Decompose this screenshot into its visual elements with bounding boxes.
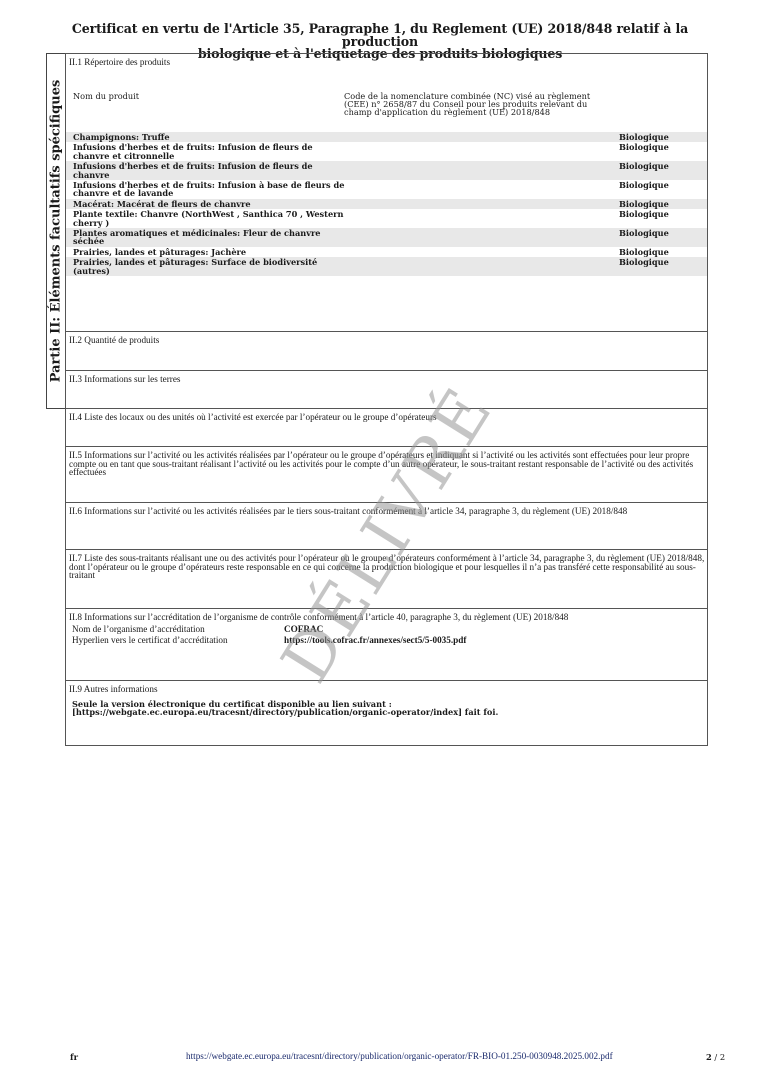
section-ii-8-accreditation: II.8 Informations sur l’accréditation de…: [66, 608, 707, 680]
nc-code-cell: [345, 258, 619, 275]
section-title: II.5 Informations sur l’activité ou les …: [66, 447, 707, 477]
product-row: Prairies, landes et pâturages: JachèreBi…: [66, 247, 707, 257]
nc-code-cell: [345, 210, 619, 227]
accreditation-link-label: Hyperlien vers le certificat d’accrédita…: [72, 636, 284, 645]
section-ii-7-subcontractor-list: II.7 Liste des sous-traitants réalisant …: [66, 549, 707, 608]
part-ii-side-label: Partie II: Éléments facultatifs spécifiq…: [46, 53, 66, 409]
product-row: Plante textile: Chanvre (NorthWest , San…: [66, 209, 707, 228]
product-name: Plante textile: Chanvre (NorthWest , San…: [73, 210, 345, 227]
section-title: II.4 Liste des locaux ou des unités où l…: [66, 409, 707, 422]
product-row: Infusions d'herbes et de fruits: Infusio…: [66, 180, 707, 199]
column-header-nc-code: Code de la nomenclature combinée (NC) vi…: [344, 92, 604, 116]
section-title: II.6 Informations sur l’activité ou les …: [66, 503, 707, 516]
certificate-part-ii-table: II.1 Répertoire des produits Nom du prod…: [65, 53, 708, 746]
accreditation-link[interactable]: https://tools.cofrac.fr/annexes/sect5/5-…: [284, 636, 466, 645]
page-total: / 2: [714, 1052, 725, 1062]
product-row: Macérat: Macérat de fleurs de chanvreBio…: [66, 199, 707, 209]
section-ii-1-product-list: II.1 Répertoire des produits Nom du prod…: [66, 53, 707, 331]
section-title: II.2 Quantité de produits: [66, 332, 707, 345]
product-status: Biologique: [619, 258, 707, 275]
product-name: Prairies, landes et pâturages: Surface d…: [73, 258, 345, 275]
section-ii-6-subcontractor-activities: II.6 Informations sur l’activité ou les …: [66, 502, 707, 549]
section-title: II.1 Répertoire des produits: [66, 54, 707, 67]
product-row: Prairies, landes et pâturages: Surface d…: [66, 257, 707, 276]
nc-code-cell: [345, 248, 619, 256]
product-rows: Champignons: TruffeBiologiqueInfusions d…: [66, 132, 707, 276]
section-ii-5-activities: II.5 Informations sur l’activité ou les …: [66, 446, 707, 502]
product-status: Biologique: [619, 162, 707, 179]
column-header-product-name: Nom du produit: [73, 92, 343, 101]
side-label-text: Partie II: Éléments facultatifs spécifiq…: [49, 80, 64, 383]
product-row: Infusions d'herbes et de fruits: Infusio…: [66, 161, 707, 180]
accreditation-body-row: Nom de l’organisme d’accréditation COFRA…: [66, 625, 707, 634]
nc-code-cell: [345, 200, 619, 208]
section-title: II.8 Informations sur l’accréditation de…: [66, 609, 707, 622]
product-name: Plantes aromatiques et médicinales: Fleu…: [73, 229, 345, 246]
product-status: Biologique: [619, 229, 707, 246]
product-status: Biologique: [619, 200, 707, 208]
product-name: Champignons: Truffe: [73, 133, 345, 141]
product-row: Plantes aromatiques et médicinales: Fleu…: [66, 228, 707, 247]
nc-code-cell: [345, 133, 619, 141]
footer-language: fr: [70, 1052, 78, 1062]
product-status: Biologique: [619, 133, 707, 141]
product-name: Infusions d'herbes et de fruits: Infusio…: [73, 181, 345, 198]
product-status: Biologique: [619, 143, 707, 160]
accreditation-body-value: COFRAC: [284, 625, 323, 634]
accreditation-link-row: Hyperlien vers le certificat d’accrédita…: [66, 636, 707, 645]
product-status: Biologique: [619, 210, 707, 227]
section-ii-9-other-info: II.9 Autres informations Seule la versio…: [66, 680, 707, 746]
product-status: Biologique: [619, 248, 707, 256]
section-ii-2-quantity: II.2 Quantité de produits: [66, 331, 707, 370]
electronic-version-note: Seule la version électronique du certifi…: [66, 694, 707, 717]
note-line-2[interactable]: [https://webgate.ec.europa.eu/tracesnt/d…: [72, 708, 707, 716]
section-ii-4-premises: II.4 Liste des locaux ou des unités où l…: [66, 408, 707, 446]
product-name: Infusions d'herbes et de fruits: Infusio…: [73, 143, 345, 160]
product-status: Biologique: [619, 181, 707, 198]
nc-code-cell: [345, 162, 619, 179]
nc-code-cell: [345, 143, 619, 160]
accreditation-body-label: Nom de l’organisme d’accréditation: [72, 625, 284, 634]
section-title: II.7 Liste des sous-traitants réalisant …: [66, 550, 707, 580]
product-name: Infusions d'herbes et de fruits: Infusio…: [73, 162, 345, 179]
page-number: 2 / 2: [706, 1052, 725, 1062]
product-row: Infusions d'herbes et de fruits: Infusio…: [66, 142, 707, 161]
nc-code-cell: [345, 181, 619, 198]
section-ii-3-land-info: II.3 Informations sur les terres: [66, 370, 707, 408]
section-title: II.3 Informations sur les terres: [66, 371, 707, 384]
product-name: Prairies, landes et pâturages: Jachère: [73, 248, 345, 256]
page-current: 2: [706, 1052, 712, 1062]
section-title: II.9 Autres informations: [66, 681, 707, 694]
product-row: Champignons: TruffeBiologique: [66, 132, 707, 142]
footer-document-url[interactable]: https://webgate.ec.europa.eu/tracesnt/di…: [186, 1051, 613, 1061]
nc-code-cell: [345, 229, 619, 246]
title-line-1: Certificat en vertu de l'Article 35, Par…: [40, 23, 720, 48]
product-name: Macérat: Macérat de fleurs de chanvre: [73, 200, 345, 208]
